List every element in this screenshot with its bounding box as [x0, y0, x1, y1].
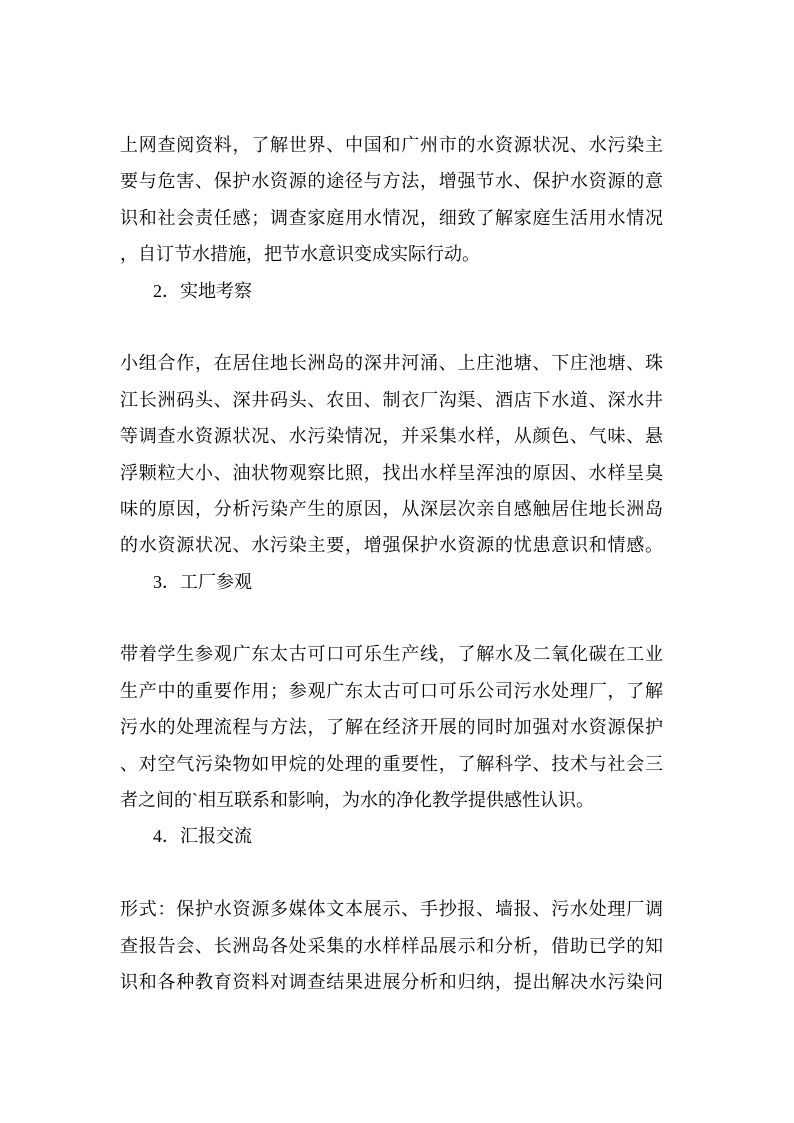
- text-line: 污水的处理流程与方法，了解在经济开展的同时加强对水资源保护: [120, 709, 663, 745]
- text-line: 生产中的重要作用；参观广东太古可口可乐公司污水处理厂，了解: [120, 673, 663, 709]
- text-line: 识和社会责任感；调查家庭用水情况，细致了解家庭生活用水情况: [120, 200, 663, 236]
- text-line: 、对空气污染物如甲烷的处理的重要性，了解科学、技术与社会三: [120, 746, 663, 782]
- text-line: 小组合作，在居住地长洲岛的深井河涌、上庄池塘、下庄池塘、珠: [120, 345, 663, 381]
- text-line: ，自订节水措施，把节水意识变成实际行动。: [120, 236, 663, 272]
- heading-field-study: 2．实地考察: [120, 273, 663, 309]
- text-line: 识和各种教育资料对调查结果进展分析和归纳，提出解决水污染问: [120, 964, 663, 1000]
- text-line: 江长洲码头、深井码头、农田、制衣厂沟渠、酒店下水道、深水井: [120, 382, 663, 418]
- text-line: 的水资源状况、水污染主要，增强保护水资源的忧患意识和情感。: [120, 527, 663, 563]
- heading-factory-visit: 3．工厂参观: [120, 564, 663, 600]
- blank-line: [120, 309, 663, 345]
- heading-report-exchange: 4．汇报交流: [120, 818, 663, 854]
- text-line: 查报告会、长洲岛各处采集的水样样品展示和分析，借助已学的知: [120, 928, 663, 964]
- text-line: 者之间的`相互联系和影响，为水的净化教学提供感性认识。: [120, 782, 663, 818]
- text-line: 味的原因，分析污染产生的原因，从深层次亲自感触居住地长洲岛: [120, 491, 663, 527]
- text-line: 要与危害、保护水资源的途径与方法，增强节水、保护水资源的意: [120, 163, 663, 199]
- text-block: 上网查阅资料，了解世界、中国和广州市的水资源状况、水污染主要与危害、保护水资源的…: [120, 127, 663, 1000]
- text-line: 浮颗粒大小、油状物观察比照，找出水样呈浑浊的原因、水样呈臭: [120, 455, 663, 491]
- text-line: 等调查水资源状况、水污染情况，并采集水样，从颜色、气味、悬: [120, 418, 663, 454]
- blank-line: [120, 855, 663, 891]
- text-line: 形式：保护水资源多媒体文本展示、手抄报、墙报、污水处理厂调: [120, 891, 663, 927]
- text-line: 带着学生参观广东太古可口可乐生产线，了解水及二氧化碳在工业: [120, 636, 663, 672]
- text-line: 上网查阅资料，了解世界、中国和广州市的水资源状况、水污染主: [120, 127, 663, 163]
- document-page: 上网查阅资料，了解世界、中国和广州市的水资源状况、水污染主要与危害、保护水资源的…: [0, 0, 794, 1123]
- blank-line: [120, 600, 663, 636]
